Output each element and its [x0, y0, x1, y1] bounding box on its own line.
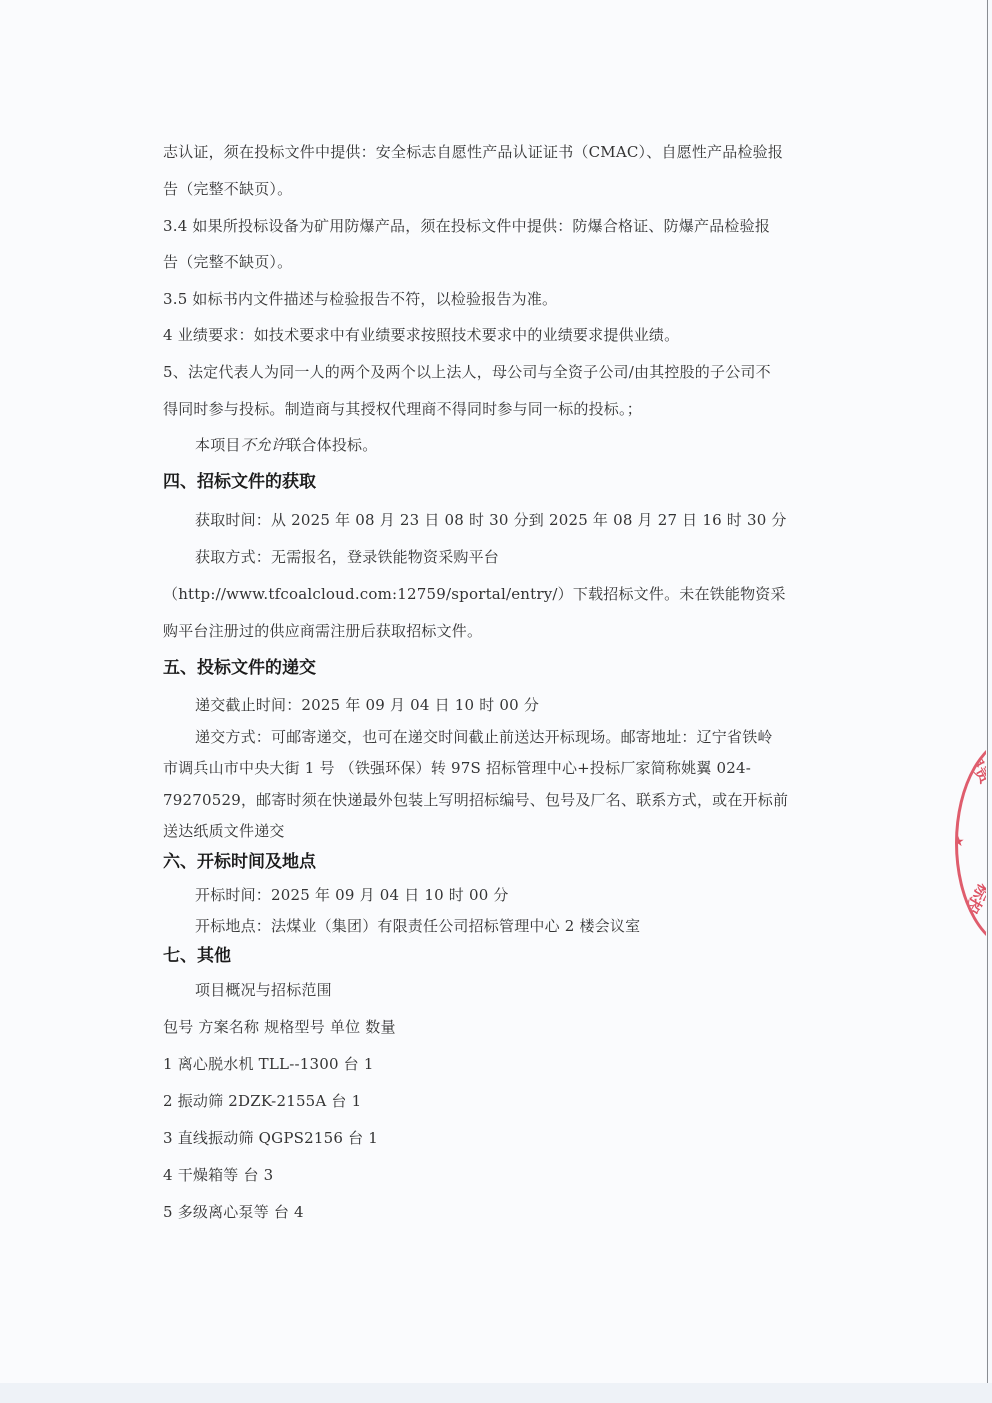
bid-opening-location: 开标地点：法煤业（集团）有限责任公司招标管理中心 2 楼会议室: [195, 916, 640, 936]
scan-bottom-band: [0, 1383, 992, 1403]
section-heading-other: 七、其他: [163, 945, 231, 967]
stamp-star-icon: ★: [955, 834, 965, 850]
package-row: 3 直线振动筛 QGPS2156 台 1: [163, 1128, 378, 1148]
obtain-method-line3: 购平台注册过的供应商需注册后获取招标文件。: [163, 621, 482, 641]
paragraph-performance-requirement: 4 业绩要求：如技术要求中有业绩要求按照技术要求中的业绩要求提供业绩。: [163, 325, 679, 345]
paragraph-cert-line2: 告（完整不缺页）。: [163, 179, 292, 199]
seal-stamp: 限责 标投 ★: [955, 735, 986, 951]
obtain-time: 获取时间：从 2025 年 08 月 23 日 08 时 30 分到 2025 …: [195, 510, 787, 530]
paragraph-cert-line1: 志认证，须在投标文件中提供：安全标志自愿性产品认证证书（CMAC）、自愿性产品检…: [163, 142, 783, 162]
package-table-header: 包号 方案名称 规格型号 单位 数量: [163, 1017, 396, 1037]
paragraph-explosion-proof-line2: 告（完整不缺页）。: [163, 252, 292, 272]
section-heading-obtain-documents: 四、招标文件的获取: [163, 471, 316, 493]
package-row: 5 多级离心泵等 台 4: [163, 1202, 304, 1222]
submission-method-line3: 79270529，邮寄时须在快递最外包装上写明招标编号、包号及厂名、联系方式，或…: [163, 790, 788, 810]
obtain-method-line1: 获取方式：无需报名，登录铁能物资采购平台: [195, 547, 499, 567]
section-heading-bid-opening: 六、开标时间及地点: [163, 851, 316, 873]
package-row: 1 离心脱水机 TLL--1300 台 1: [163, 1054, 374, 1074]
submission-method-line2: 市调兵山市中央大街 1 号 （铁强环保）转 97S 招标管理中心+投标厂家简称姚…: [163, 758, 751, 778]
document-page: 志认证，须在投标文件中提供：安全标志自愿性产品认证证书（CMAC）、自愿性产品检…: [0, 0, 986, 1403]
section-heading-submission: 五、投标文件的递交: [163, 657, 316, 679]
paragraph-legal-rep-line1: 5、法定代表人为同一人的两个及两个以上法人，母公司与全资子公司/由其控股的子公司…: [163, 362, 771, 382]
paragraph-explosion-proof-line1: 3.4 如果所投标设备为矿用防爆产品，须在投标文件中提供：防爆合格证、防爆产品检…: [163, 216, 770, 236]
submission-method-line4: 送达纸质文件递交: [163, 821, 285, 841]
paragraph-legal-rep-line2: 得同时参与投标。制造商与其授权代理商不得同时参与同一标的投标。；: [163, 399, 642, 419]
paragraph-report-precedence: 3.5 如标书内文件描述与检验报告不符，以检验报告为准。: [163, 289, 557, 309]
project-overview-subtitle: 项目概况与招标范围: [195, 980, 332, 1000]
package-row: 4 干燥箱等 台 3: [163, 1165, 273, 1185]
submission-deadline: 递交截止时间：2025 年 09 月 04 日 10 时 00 分: [195, 695, 539, 715]
consortium-suffix: 联合体投标。: [286, 436, 377, 454]
package-row: 2 振动筛 2DZK-2155A 台 1: [163, 1091, 361, 1111]
bid-opening-time: 开标时间：2025 年 09 月 04 日 10 时 00 分: [195, 885, 509, 905]
submission-method-line1: 递交方式：可邮寄递交，也可在递交时间截止前送达开标现场。邮寄地址：辽宁省铁岭: [195, 727, 773, 747]
stamp-text-bottom: 标投: [960, 880, 986, 919]
consortium-emphasis: 不允许: [241, 436, 287, 454]
obtain-method-line2: （http://www.tfcoalcloud.com:12759/sporta…: [163, 584, 786, 604]
stamp-text-top: 限责: [962, 748, 986, 787]
consortium-prefix: 本项目: [195, 436, 241, 454]
paragraph-consortium: 本项目不允许联合体投标。: [195, 435, 377, 455]
scan-edge-line: [987, 0, 988, 1403]
